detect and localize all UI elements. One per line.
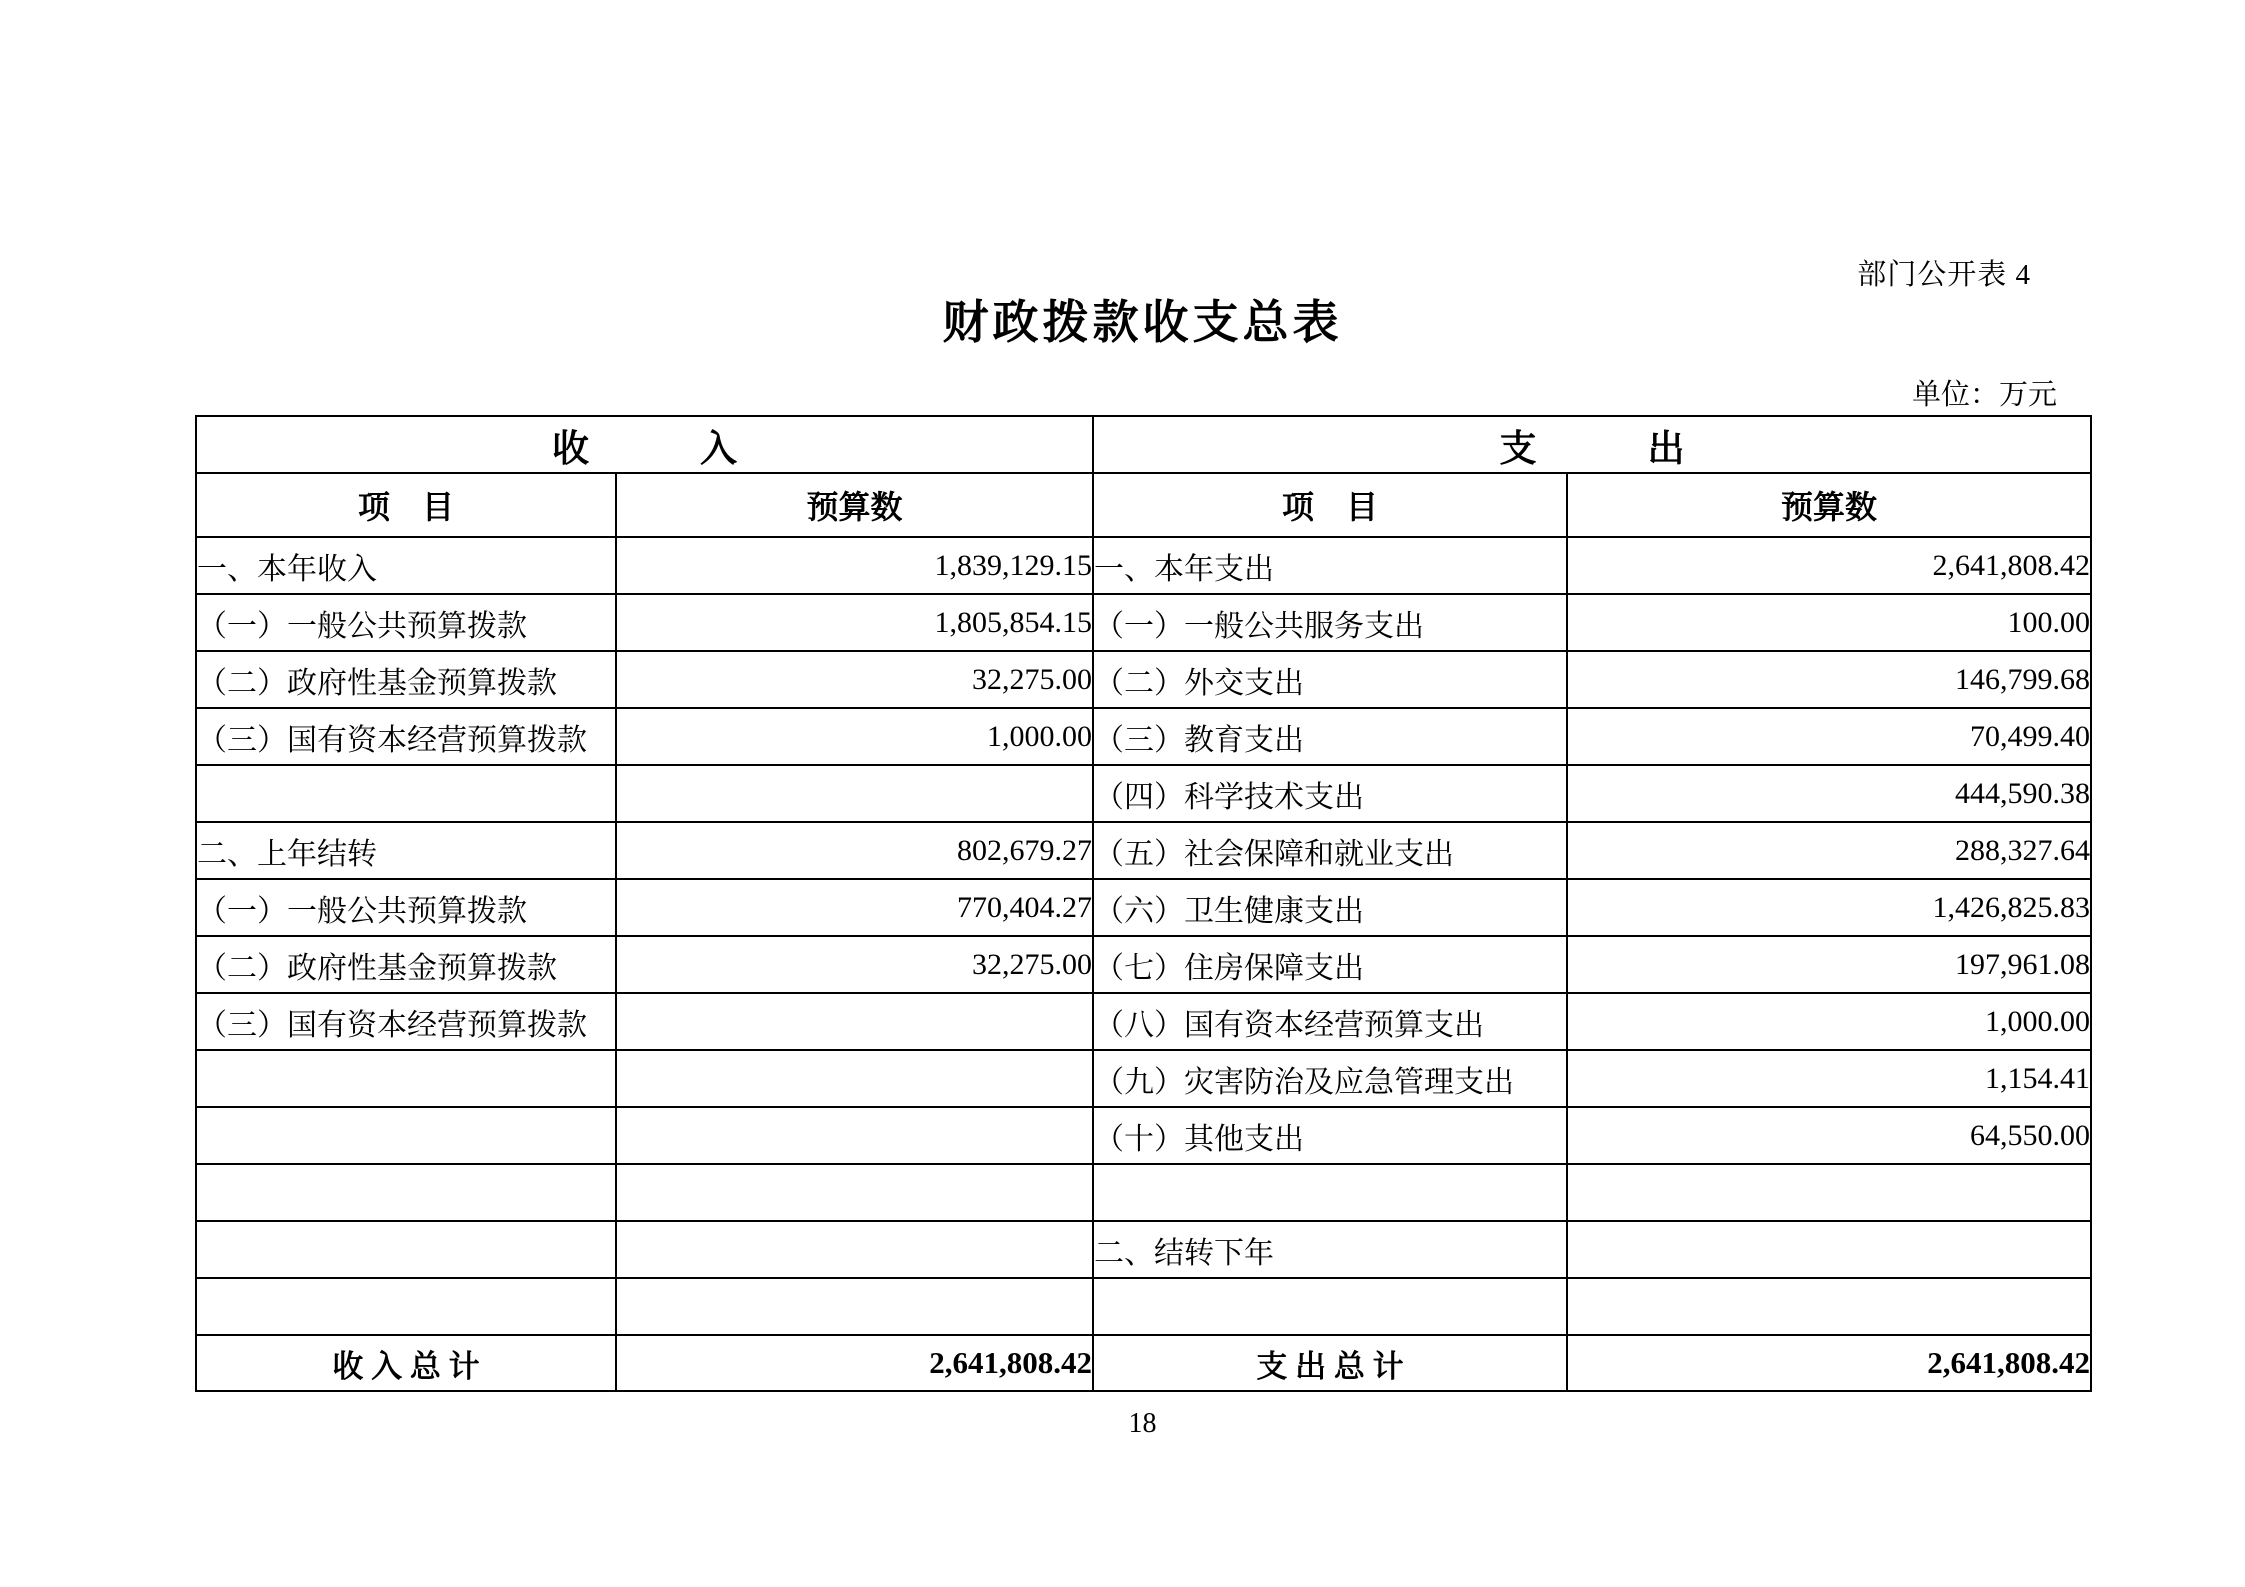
expense-item-cell: （四）科学技术支出 [1093, 765, 1567, 822]
expense-item-cell [1093, 1278, 1567, 1335]
total-row: 收 入 总 计 2,641,808.42 支 出 总 计 2,641,808.4… [196, 1335, 2091, 1391]
expense-section-header: 支 出 [1093, 416, 2091, 473]
income-value-cell: 1,805,854.15 [616, 594, 1093, 651]
expense-item-column-header: 项 目 [1093, 473, 1567, 537]
income-item-cell: 二、上年结转 [196, 822, 616, 879]
income-item-cell [196, 1221, 616, 1278]
income-value-cell: 1,839,129.15 [616, 537, 1093, 594]
expense-item-cell [1093, 1164, 1567, 1221]
expense-budget-column-header: 预算数 [1567, 473, 2091, 537]
income-value-cell [616, 1221, 1093, 1278]
income-value-cell [616, 1164, 1093, 1221]
income-item-cell: （三）国有资本经营预算拨款 [196, 708, 616, 765]
income-value-cell [616, 993, 1093, 1050]
table-row: 二、结转下年 [196, 1221, 2091, 1278]
expense-value-cell: 100.00 [1567, 594, 2091, 651]
income-item-cell: （一）一般公共预算拨款 [196, 879, 616, 936]
expense-value-cell: 197,961.08 [1567, 936, 2091, 993]
income-item-cell: （一）一般公共预算拨款 [196, 594, 616, 651]
expense-item-cell: （九）灾害防治及应急管理支出 [1093, 1050, 1567, 1107]
income-value-cell: 32,275.00 [616, 936, 1093, 993]
expense-value-cell: 146,799.68 [1567, 651, 2091, 708]
expense-item-cell: 二、结转下年 [1093, 1221, 1567, 1278]
expense-total-value: 2,641,808.42 [1567, 1335, 2091, 1391]
unit-label: 单位：万元 [1912, 372, 2057, 413]
table-row: 一、本年收入 1,839,129.15 一、本年支出 2,641,808.42 [196, 537, 2091, 594]
expense-item-cell: （七）住房保障支出 [1093, 936, 1567, 993]
income-section-header: 收 入 [196, 416, 1093, 473]
document-page: 部门公开表 4 财政拨款收支总表 单位：万元 收 入 支 出 项 目 预算数 项… [0, 0, 2245, 1587]
expense-value-cell: 444,590.38 [1567, 765, 2091, 822]
page-title: 财政拨款收支总表 [195, 286, 2090, 352]
expense-value-cell [1567, 1221, 2091, 1278]
income-item-cell: （二）政府性基金预算拨款 [196, 651, 616, 708]
income-item-cell [196, 1278, 616, 1335]
expense-value-cell: 1,154.41 [1567, 1050, 2091, 1107]
budget-summary-table: 收 入 支 出 项 目 预算数 项 目 预算数 一、本年收入 1,839,129… [195, 415, 2092, 1392]
table-row [196, 1278, 2091, 1335]
expense-item-cell: （十）其他支出 [1093, 1107, 1567, 1164]
table-row: （二）政府性基金预算拨款 32,275.00 （二）外交支出 146,799.6… [196, 651, 2091, 708]
expense-value-cell: 70,499.40 [1567, 708, 2091, 765]
table-row [196, 1164, 2091, 1221]
income-item-column-header: 项 目 [196, 473, 616, 537]
income-value-cell: 1,000.00 [616, 708, 1093, 765]
expense-value-cell: 64,550.00 [1567, 1107, 2091, 1164]
income-value-cell [616, 1278, 1093, 1335]
table-row: （三）国有资本经营预算拨款 1,000.00 （三）教育支出 70,499.40 [196, 708, 2091, 765]
expense-value-cell: 1,000.00 [1567, 993, 2091, 1050]
expense-value-cell [1567, 1164, 2091, 1221]
expense-total-label: 支 出 总 计 [1093, 1335, 1567, 1391]
table-row: （一）一般公共预算拨款 770,404.27 （六）卫生健康支出 1,426,8… [196, 879, 2091, 936]
expense-item-cell: 一、本年支出 [1093, 537, 1567, 594]
expense-item-cell: （二）外交支出 [1093, 651, 1567, 708]
expense-item-cell: （八）国有资本经营预算支出 [1093, 993, 1567, 1050]
income-value-cell: 802,679.27 [616, 822, 1093, 879]
table-row: （二）政府性基金预算拨款 32,275.00 （七）住房保障支出 197,961… [196, 936, 2091, 993]
table-row: （十）其他支出 64,550.00 [196, 1107, 2091, 1164]
expense-item-cell: （三）教育支出 [1093, 708, 1567, 765]
table-row: （四）科学技术支出 444,590.38 [196, 765, 2091, 822]
expense-item-cell: （一）一般公共服务支出 [1093, 594, 1567, 651]
table-row: （三）国有资本经营预算拨款 （八）国有资本经营预算支出 1,000.00 [196, 993, 2091, 1050]
expense-value-cell: 1,426,825.83 [1567, 879, 2091, 936]
income-total-label: 收 入 总 计 [196, 1335, 616, 1391]
expense-item-cell: （五）社会保障和就业支出 [1093, 822, 1567, 879]
income-value-cell [616, 1050, 1093, 1107]
expense-value-cell [1567, 1278, 2091, 1335]
income-value-cell: 770,404.27 [616, 879, 1093, 936]
page-number: 18 [195, 1408, 2090, 1440]
income-item-cell: （三）国有资本经营预算拨款 [196, 993, 616, 1050]
income-item-cell: 一、本年收入 [196, 537, 616, 594]
expense-value-cell: 2,641,808.42 [1567, 537, 2091, 594]
table-row: （一）一般公共预算拨款 1,805,854.15 （一）一般公共服务支出 100… [196, 594, 2091, 651]
income-budget-column-header: 预算数 [616, 473, 1093, 537]
income-item-cell [196, 1164, 616, 1221]
table-body: 一、本年收入 1,839,129.15 一、本年支出 2,641,808.42 … [196, 537, 2091, 1335]
table-row: 二、上年结转 802,679.27 （五）社会保障和就业支出 288,327.6… [196, 822, 2091, 879]
income-value-cell: 32,275.00 [616, 651, 1093, 708]
income-item-cell: （二）政府性基金预算拨款 [196, 936, 616, 993]
expense-value-cell: 288,327.64 [1567, 822, 2091, 879]
income-item-cell [196, 1050, 616, 1107]
income-item-cell [196, 765, 616, 822]
income-item-cell [196, 1107, 616, 1164]
income-value-cell [616, 1107, 1093, 1164]
expense-item-cell: （六）卫生健康支出 [1093, 879, 1567, 936]
income-value-cell [616, 765, 1093, 822]
table-row: （九）灾害防治及应急管理支出 1,154.41 [196, 1050, 2091, 1107]
income-total-value: 2,641,808.42 [616, 1335, 1093, 1391]
